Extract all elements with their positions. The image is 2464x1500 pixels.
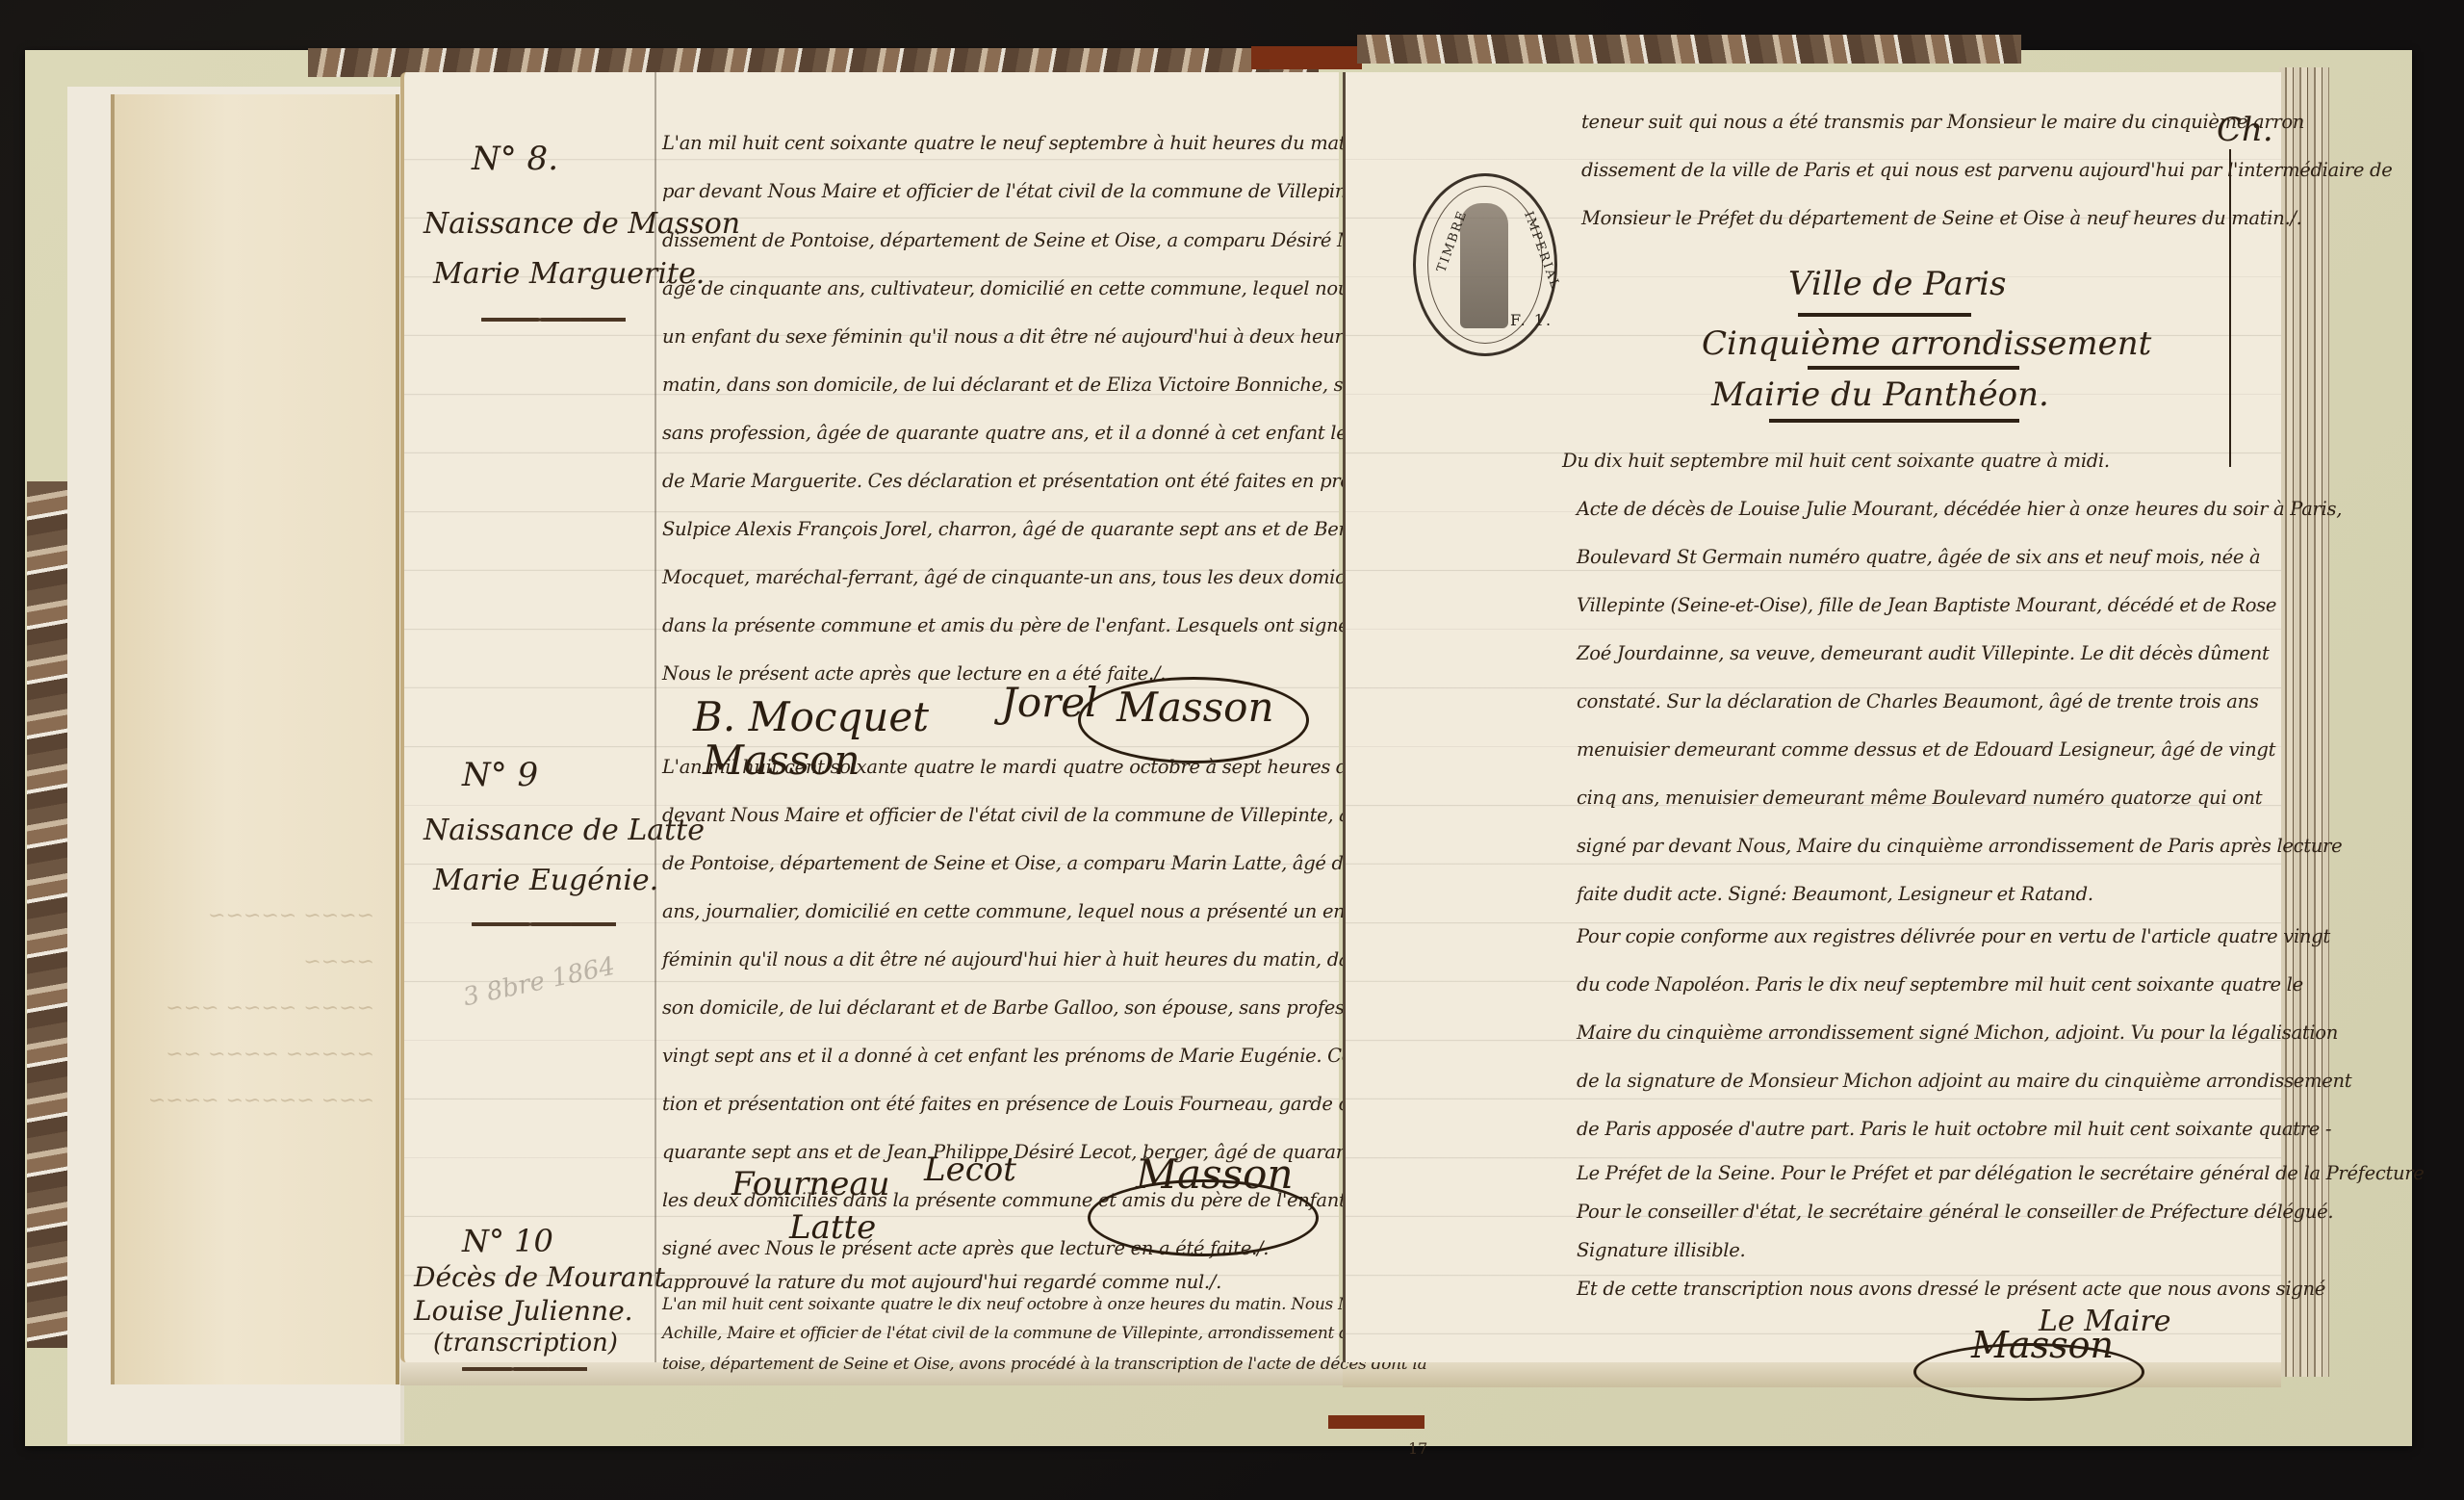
heading-underline: [1798, 313, 1971, 317]
signature-lecot: Lecot: [924, 1151, 1016, 1189]
text-line: toise, département de Seine et Oise, avo…: [662, 1355, 1426, 1374]
text-line: L'an mil huit cent soixante quatre le ma…: [662, 756, 1461, 778]
text-line: constaté. Sur la déclaration de Charles …: [1577, 690, 2259, 712]
signature-mocquet: B. Mocquet: [693, 693, 929, 740]
text-line: du code Napoléon. Paris le dix neuf sept…: [1577, 973, 2303, 996]
marbled-cover-left: [27, 481, 67, 1348]
text-line: sans profession, âgée de quarante quatre…: [662, 422, 1443, 444]
entry-number: N° 8.: [472, 140, 558, 178]
heading-underline: [1769, 419, 2019, 423]
text-line: féminin qu'il nous a dit être né aujourd…: [662, 948, 1371, 970]
text-line: dissement de la ville de Paris et qui no…: [1581, 159, 2392, 181]
text-line: Boulevard St Germain numéro quatre, âgée…: [1577, 546, 2260, 568]
entry-number: N° 10: [462, 1223, 553, 1259]
text-line: de Marie Marguerite. Ces déclaration et …: [662, 470, 1432, 492]
entry-number: N° 9: [462, 756, 538, 794]
closing-signature: Masson: [1971, 1324, 2114, 1366]
flourish: [462, 1364, 587, 1374]
right-page: teneur suit qui nous a été transmis par …: [1343, 72, 2281, 1362]
leather-spine-band-bottom: [1328, 1415, 1424, 1429]
margin-stroke: [2229, 149, 2231, 467]
text-line: L'an mil huit cent soixante quatre le di…: [662, 1295, 1399, 1314]
text-line: faite dudit acte. Signé: Beaumont, Lesig…: [1577, 883, 2093, 905]
signature-mayor: Masson: [1116, 684, 1274, 731]
leather-spine-band: [1251, 46, 1362, 69]
signature-latte: Latte: [789, 1208, 876, 1247]
text-line: cinq ans, menuisier demeurant même Boule…: [1577, 787, 2262, 809]
text-line: Achille, Maire et officier de l'état civ…: [662, 1324, 1399, 1343]
flourish: [472, 919, 616, 929]
text-line: teneur suit qui nous a été transmis par …: [1581, 111, 2304, 133]
text-line: menuisier demeurant comme dessus et de E…: [1577, 738, 2275, 761]
text-line: signé par devant Nous, Maire du cinquièm…: [1577, 835, 2342, 857]
text-line: Et de cette transcription nous avons dre…: [1577, 1278, 2325, 1300]
text-line: Du dix huit septembre mil huit cent soix…: [1562, 450, 2110, 472]
text-line: Pour le conseiller d'état, le secrétaire…: [1577, 1201, 2333, 1223]
text-line: devant Nous Maire et officier de l'état …: [662, 804, 1437, 826]
text-line: Sulpice Alexis François Jorel, charron, …: [662, 518, 1401, 540]
left-page: N° 8. Naissance de Masson Marie Margueri…: [400, 72, 1339, 1362]
entry-title-line: Marie Eugénie.: [433, 864, 658, 897]
heading-mairie: Mairie du Panthéon.: [1711, 375, 2049, 414]
justice-figure-icon: [1460, 203, 1508, 328]
text-line: Le Préfet de la Seine. Pour le Préfet et…: [1577, 1162, 2425, 1184]
text-line: Acte de décès de Louise Julie Mourant, d…: [1577, 498, 2342, 520]
heading-arrondissement: Cinquième arrondissement: [1702, 324, 2151, 363]
entry-title-line: (transcription): [433, 1329, 618, 1358]
entry-title-line: Louise Julienne.: [414, 1295, 633, 1327]
pencil-margin-date: 3 8bre 1864: [461, 952, 618, 1013]
imperial-stamp: TIMBRE IMPERIAL F. 1.: [1413, 173, 1557, 356]
page-number: 17: [1408, 1439, 1427, 1458]
stamp-denomination: F. 1.: [1510, 311, 1553, 329]
marbled-cover-top-right: [1357, 35, 2021, 64]
text-line: dissement de Pontoise, département de Se…: [662, 229, 1408, 251]
text-line: vingt sept ans et il a donné à cet enfan…: [662, 1045, 1443, 1067]
text-line: de Paris apposée d'autre part. Paris le …: [1577, 1118, 2331, 1140]
heading-underline: [1808, 366, 2019, 370]
text-line: Villepinte (Seine-et-Oise), fille de Jea…: [1577, 594, 2276, 616]
text-line: par devant Nous Maire et officier de l'é…: [662, 180, 1427, 202]
text-line: de Pontoise, département de Seine et Ois…: [662, 852, 1449, 874]
previous-leaf: ~~~~ ~~~~~ ~~~~~~~~ ~~~~ ~~~~~~~~ ~~~~ ~…: [111, 94, 399, 1384]
signature-fourneau: Fourneau: [731, 1165, 890, 1203]
text-line: Maire du cinquième arrondissement signé …: [1577, 1022, 2338, 1044]
text-line: Pour copie conforme aux registres délivr…: [1577, 925, 2330, 947]
text-line: approuvé la rature du mot aujourd'hui re…: [662, 1271, 1221, 1293]
text-line: L'an mil huit cent soixante quatre le ne…: [662, 132, 1364, 154]
text-line: Monsieur le Préfet du département de Sei…: [1581, 207, 2302, 229]
text-line: Mocquet, maréchal-ferrant, âgé de cinqua…: [662, 566, 1382, 588]
text-line: un enfant du sexe féminin qu'il nous a d…: [662, 325, 1393, 348]
text-line: Signature illisible.: [1577, 1239, 1745, 1261]
margin-initials: Ch.: [2217, 111, 2273, 149]
signature-mayor: Masson: [1136, 1151, 1294, 1198]
text-line: matin, dans son domicile, de lui déclara…: [662, 374, 1443, 396]
flourish: [481, 315, 626, 324]
text-line: dans la présente commune et amis du père…: [662, 614, 1397, 636]
text-line: ans, journalier, domicilié en cette comm…: [662, 900, 1458, 922]
text-line: de la signature de Monsieur Michon adjoi…: [1577, 1070, 2351, 1092]
bleed-through-text: ~~~~ ~~~~~ ~~~~~~~~ ~~~~ ~~~~~~~~ ~~~~ ~…: [134, 893, 374, 1125]
text-line: Zoé Jourdainne, sa veuve, demeurant audi…: [1577, 642, 2270, 664]
heading-city: Ville de Paris: [1788, 265, 2006, 303]
entry-title-line: Décès de Mourant: [414, 1261, 665, 1293]
